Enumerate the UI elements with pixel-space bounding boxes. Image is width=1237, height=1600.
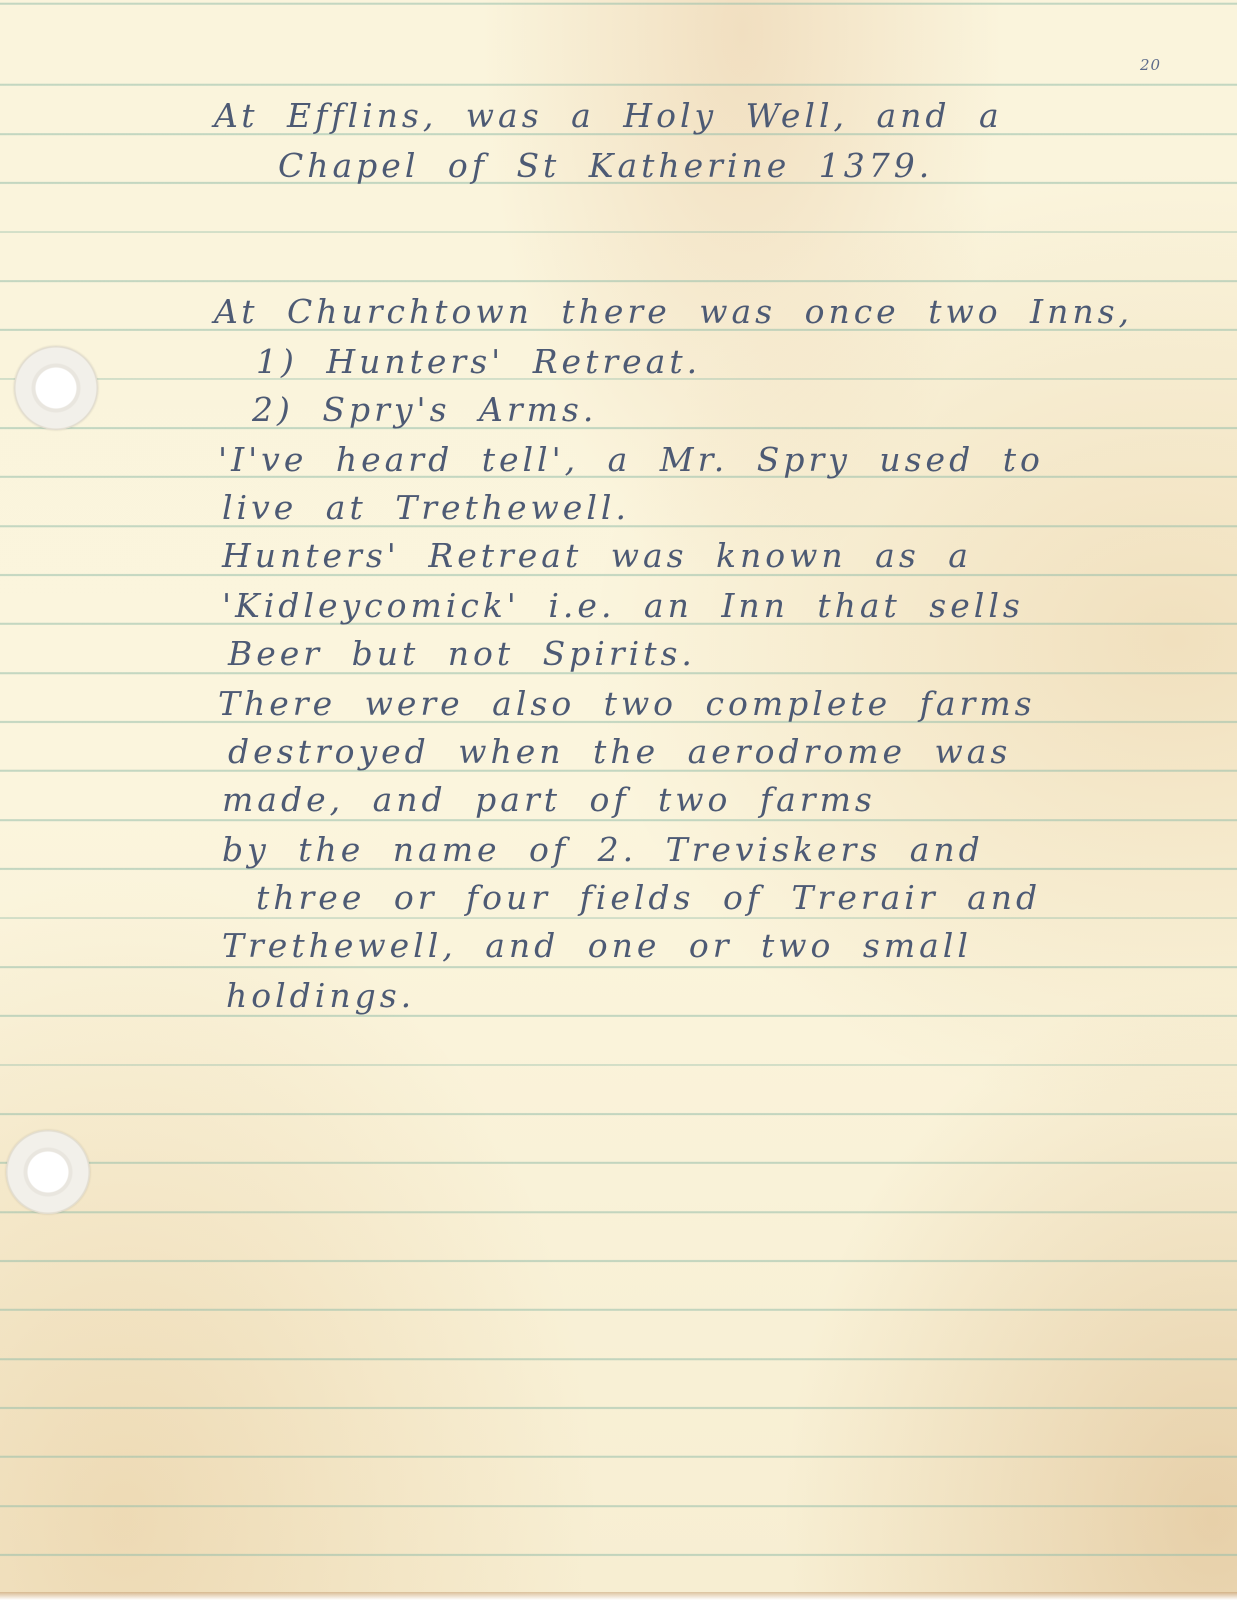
handwritten-line: At Efflins, was a Holy Well, and a xyxy=(214,96,1003,135)
list-item: 2) Spry's Arms. xyxy=(252,390,597,429)
handwritten-line: three or four fields of Trerair and xyxy=(256,878,1041,917)
handwritten-line: Hunters' Retreat was known as a xyxy=(222,536,972,575)
handwritten-line: Beer but not Spirits. xyxy=(228,634,696,673)
handwritten-line: made, and part of two farms xyxy=(222,780,876,819)
page-number: 20 xyxy=(1140,56,1161,74)
handwritten-line: 'I've heard tell', a Mr. Spry used to xyxy=(218,440,1044,479)
handwritten-line: live at Trethewell. xyxy=(222,488,630,527)
punch-hole-icon xyxy=(6,1130,90,1214)
handwritten-line: At Churchtown there was once two Inns, xyxy=(214,292,1133,331)
notebook-page: 20 At Efflins, was a Holy Well, and a Ch… xyxy=(0,0,1237,1600)
handwritten-line: Trethewell, and one or two small xyxy=(222,926,972,965)
list-item: 1) Hunters' Retreat. xyxy=(256,342,701,381)
handwritten-line: by the name of 2. Treviskers and xyxy=(222,830,984,869)
handwritten-line: holdings. xyxy=(226,976,415,1015)
handwritten-line: 'Kidleycomick' i.e. an Inn that sells xyxy=(222,586,1024,625)
punch-hole-icon xyxy=(14,346,98,430)
handwritten-line: Chapel of St Katherine 1379. xyxy=(278,146,933,185)
handwritten-line: destroyed when the aerodrome was xyxy=(228,732,1011,771)
handwritten-line: There were also two complete farms xyxy=(218,684,1036,723)
